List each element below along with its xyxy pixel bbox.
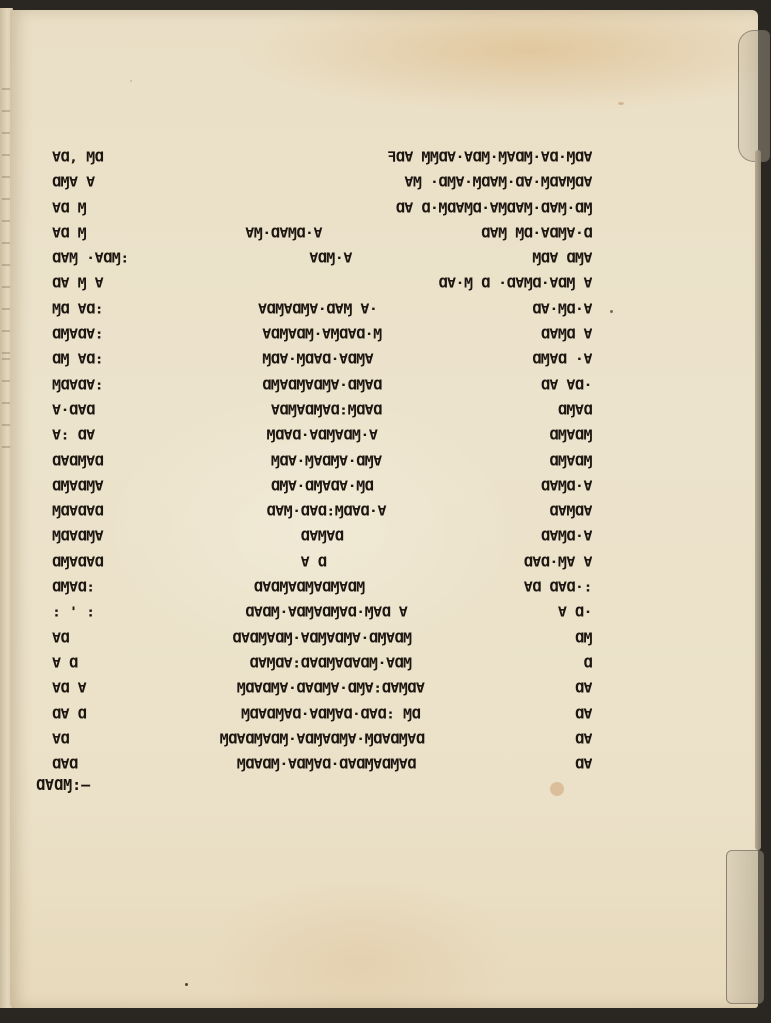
text-line-start: ⱭⱯⱮⱭ·Ɐ [541,475,592,498]
text-line-end: ⱭⱯⱮ ·ⱯⱭⱮ: [52,247,129,270]
text-line-start: ⱭⱯ [575,753,592,776]
text-line: ⱯⱭ ⱮⱯⱮ·ⱭⱯⱮⱭ·ⱯⱭⱯⱮ ⱮⱭ·ⱯⱭⱮⱯ·Ɑ [52,222,592,245]
text-line-start: ⱭⱯ Ɑ·ⱮⱭⱯⱮⱭ·ⱯⱮⱭⱯⱮ·ⱭⱯⱮ·ⱭⱮ [396,197,592,220]
text-line-middle: ⱮⱭⱯⱭⱮⱯⱭ·ⱯⱭⱮⱯⱭ·ⱭⱯⱭ: ⱮⱭ [241,703,420,726]
text-line-start: Ɑ [583,652,592,675]
text-line-middle: ⱭⱯⱮ·ⱭⱯⱭ:ⱮⱭⱯⱭ·Ɐ [267,500,386,523]
text-line-middle: ⱭⱮⱯⱭⱮⱯⱭⱮⱯ·ⱭⱮⱯⱭ [262,374,381,397]
text-line-end: : ' : [52,602,95,625]
text-line-end: Ɐ: ⱭⱯ [52,425,95,448]
text-line: ⱭⱮ ⱯⱭ:ⱮⱭⱯ·ⱮⱭⱯⱭ·ⱯⱭⱮⱯⱭⱮⱯⱭ ·Ɐ [52,349,592,372]
text-line-start: ⱭⱯ ⱯⱭ· [541,374,592,397]
text-line-end: ⱭⱮⱯⱭⱯⱭ [52,551,103,574]
ink-spot [130,80,132,82]
text-line: Ɐ·ⱭⱯⱭⱯⱭⱮⱯⱭⱮⱯⱭ:ⱮⱭⱯⱭⱭⱮⱯⱭ [52,399,592,422]
text-line-end: ⱭⱮ ⱯⱭ: [52,349,103,372]
text-line-end: ⱯⱭ Ɐ [52,677,86,700]
text-line-middle: ⱯⱭⱮⱯⱭⱮ·ⱯⱮⱭⱯⱭ·Ɱ [262,323,381,346]
text-line-start: ⱭⱮⱯⱭ ·Ɐ [532,349,592,372]
text-line-middle: ⱮⱭⱯⱭⱮ·ⱯⱭⱮⱯⱭ·ⱭⱯⱭⱮⱯⱭⱮⱯⱭ [237,753,416,776]
text-line: : ' :ⱭⱯⱭⱮ·ⱯⱭⱮⱯⱭⱮⱯⱭ·ⱮⱯⱭ ⱯⱯ Ɑ· [52,602,592,625]
text-line-start: ⱯⱭ ⱭⱯⱭ·: [524,576,592,599]
text-line-start: ⱭⱯⱮⱭ Ɐ [541,323,592,346]
text-line-end: ⱯⱭ Ɱ [52,197,86,220]
text-column: ⱯⱭ, ⱮⱭꟻⱭⱯ ⱮⱮⱭⱯ·ⱯⱭⱮ·ⱮⱯⱭⱮ·ⱯⱭ·ⱮⱭⱯⱭⱮⱯ ⱯⱯⱮ ·Ɑ… [52,145,592,777]
text-line: ⱭⱮⱯⱭⱮⱯⱭⱮⱯ·ⱭⱮⱯⱭⱯ·ⱮⱭⱭⱯⱮⱭ·Ɐ [52,475,592,498]
text-line-end: ⱭⱯ Ɑ [52,703,86,726]
text-line-start: ⱭⱯ·ⱮⱭ·Ɐ [532,298,592,321]
text-line-middle: ⱯⱭⱮ·Ɐ [309,247,352,270]
text-line-middle: ⱭⱯⱭⱮ·ⱯⱭⱮⱯⱭⱮⱯⱭ·ⱮⱯⱭ Ɐ [245,602,407,625]
text-line: ⱭⱯⱮ ·ⱯⱭⱮ:ⱯⱭⱮ·ⱯⱮⱭⱯ ⱭⱮⱯ [52,247,592,270]
ink-spot [610,310,613,313]
text-line-end: ⱭⱯ Ɱ Ɐ [52,273,103,296]
text-line-end: ⱮⱭ ⱯⱭ: [52,298,103,321]
text-line: ⱭⱮⱯⱭ:ⱭⱯⱭⱮⱯⱭⱮⱯⱭⱮⱯⱭⱮⱯⱭ ⱭⱯⱭ·: [52,576,592,599]
text-line-start: ⱭⱯ [575,677,592,700]
text-line-middle: ⱮⱭⱯ·ⱮⱯⱭⱮⱯ·ⱭⱮⱯ [271,450,382,473]
text-line: ⱭⱮⱯ ⱯⱯⱮ ·ⱭⱮⱯ·ⱮⱭⱯⱮ·ⱭⱯ·ⱮⱭⱯⱮⱭⱯ [52,172,592,195]
ink-spot [185,983,188,986]
text-line-end: ⱯⱭ [52,728,69,751]
text-line-end: ⱭⱮⱯ Ɐ [52,172,95,195]
text-line-start: ⱭⱯⱭ·ⱮⱯ Ɐ [524,551,592,574]
text-line-start: ⱭⱯ [575,728,592,751]
text-line: ⱭⱯ ⱭⱮⱭⱯⱭⱮⱯⱭ·ⱯⱭⱮⱯⱭ·ⱭⱯⱭ: ⱮⱭⱭⱯ [52,703,592,726]
text-line-end: ⱭⱯⱭⱮⱯⱭ [52,450,103,473]
text-line-start: ⱭⱯⱮⱭⱯ [549,500,592,523]
text-line: ⱮⱭⱯⱭⱯ:ⱭⱮⱯⱭⱮⱯⱭⱮⱯ·ⱭⱮⱯⱭⱭⱯ ⱯⱭ· [52,374,592,397]
text-line-start: ⱯⱮ ·ⱭⱮⱯ·ⱮⱭⱯⱮ·ⱭⱯ·ⱮⱭⱯⱮⱭⱯ [404,172,592,195]
text-line-end: ⱭⱯⱭ [52,753,78,776]
stain [550,782,564,796]
text-line-middle: ⱭⱯⱭⱮⱯⱭⱮ·ⱯⱭⱮⱯⱭⱮⱯ·ⱭⱮⱯⱭⱮ [232,627,411,650]
text-line-middle: ⱯⱭⱮⱯⱭⱮⱯ·ⱭⱯⱮ Ɐ· [258,298,377,321]
text-line-middle: ⱮⱭⱯ·ⱮⱭⱯⱭ·ⱯⱭⱮⱯ [262,349,373,372]
text-line-middle: ⱮⱭⱯⱭ·ⱯⱭⱮⱯⱭⱮ·Ɐ [267,425,378,448]
binding-rail [755,150,761,850]
text-line-middle: ⱭⱮⱯ·ⱭⱮⱯⱭⱯ·ⱮⱭ [271,475,373,498]
text-line-end: ⱭⱮⱯⱭ: [52,576,95,599]
text-line: ⱯⱭ ⱮⱭⱯ Ɑ·ⱮⱭⱯⱮⱭ·ⱯⱮⱭⱯⱮ·ⱭⱯⱮ·ⱭⱮ [52,197,592,220]
facing-page-text-bleed [2,348,10,448]
text-line-middle: ⱮⱭⱯⱭⱮⱯ·ⱭⱯⱭⱮⱯ·ⱭⱮⱯ:ⱭⱯⱮⱭⱯ [237,677,425,700]
text-line: ⱮⱭⱯⱭⱮⱯⱭⱯⱮⱯⱭⱭⱯⱮⱭ·Ɐ [52,526,592,549]
text-line: ⱯⱭⱭⱯⱭⱮⱯⱭⱮ·ⱯⱭⱮⱯⱭⱮⱯ·ⱭⱮⱯⱭⱮⱭⱮ [52,627,592,650]
text-line: ⱯⱭ, ⱮⱭꟻⱭⱯ ⱮⱮⱭⱯ·ⱯⱭⱮ·ⱮⱯⱭⱮ·ⱯⱭ·ⱮⱭⱯ [52,146,592,169]
text-line-start: ⱭⱮ [575,627,592,650]
text-line: ⱯⱭⱮⱭⱯⱭⱮⱯⱭⱮ·ⱯⱭⱮⱯⱭⱮⱯ·ⱮⱭⱯⱭⱮⱯⱭⱭⱯ [52,728,592,751]
text-line: ⱮⱭⱯⱭⱯⱭⱭⱯⱮ·ⱭⱯⱭ:ⱮⱭⱯⱭ·ⱯⱭⱯⱮⱭⱯ [52,500,592,523]
text-line-start: ⱭⱯⱮⱭ·Ɐ [541,526,592,549]
text-line-end: ⱮⱭⱯⱭⱮⱯ [52,526,103,549]
text-line-end: ⱯⱭ Ɱ [52,222,86,245]
text-line-start: ⱭⱮⱯⱭⱮ [549,425,592,448]
text-line-start: ⱮⱭⱯ ⱭⱮⱯ [532,247,592,270]
text-line-end: Ɐ Ɑ [52,652,78,675]
text-line-end: ⱮⱭⱯⱭⱯ: [52,374,103,397]
text-line: Ɐ: ⱭⱯⱮⱭⱯⱭ·ⱯⱭⱮⱯⱭⱮ·ⱯⱭⱮⱯⱭⱮ [52,425,592,448]
text-line: ⱭⱯⱭⱮⱯⱭⱮⱭⱯ·ⱮⱯⱭⱮⱯ·ⱭⱮⱯⱭⱮⱯⱭⱮ [52,450,592,473]
text-line-middle: ⱯⱮ·ⱭⱯⱮⱭ·Ɐ [245,222,322,245]
ink-spot [618,102,624,105]
text-line: ⱭⱯ Ɱ ⱯⱭⱯ·Ɱ Ɑ ·ⱭⱯⱮⱭ·ⱯⱭⱮ Ɐ [52,273,592,296]
text-line-start: ꟻⱭⱯ ⱮⱮⱭⱯ·ⱯⱭⱮ·ⱮⱯⱭⱮ·ⱯⱭ·ⱮⱭⱯ [388,146,592,169]
text-line-start: ⱭⱯⱮ ⱮⱭ·ⱯⱭⱮⱯ·Ɑ [481,222,592,245]
text-line-start: ⱭⱮⱯⱭ [558,399,592,422]
text-line: Ɐ ⱭⱭⱯⱮⱭⱯ:ⱭⱯⱭⱮⱯⱭⱯⱭⱮ·ⱯⱭⱮⱭ [52,652,592,675]
text-line-start: ⱭⱯ·Ɱ Ɑ ·ⱭⱯⱮⱭ·ⱯⱭⱮ Ɐ [438,273,592,296]
text-line-end: ⱭⱮⱯⱭⱮⱯ [52,475,103,498]
text-line-middle: ⱭⱯⱭⱮⱯⱭⱮⱯⱭⱮⱯⱭⱮ [254,576,365,599]
text-line-end: ⱯⱭ, ⱮⱭ [52,146,103,169]
text-line: ⱭⱮⱯⱭⱯⱭⱯ ⱭⱭⱯⱭ·ⱮⱯ Ɐ [52,551,592,574]
text-line-middle: ⱮⱭⱯⱭⱮⱯⱭⱮ·ⱯⱭⱮⱯⱭⱮⱯ·ⱮⱭⱯⱭⱮⱯⱭ [220,728,425,751]
text-line: ⱭⱯⱭⱮⱭⱯⱭⱮ·ⱯⱭⱮⱯⱭ·ⱭⱯⱭⱮⱯⱭⱮⱯⱭⱭⱯ [52,753,592,776]
text-line: ⱯⱭ ⱯⱮⱭⱯⱭⱮⱯ·ⱭⱯⱭⱮⱯ·ⱭⱮⱯ:ⱭⱯⱮⱭⱯⱭⱯ [52,677,592,700]
text-line-middle: Ɐ Ɑ [301,551,327,574]
facing-page-text-bleed [2,78,10,358]
text-line-end: ⱮⱭⱯⱭⱯⱭ [52,500,103,523]
colophon-line: ⱭⱯⱭⱮ:— [36,776,90,794]
text-line-middle: ⱭⱯⱮⱯⱭ [301,526,344,549]
text-line-middle: ⱭⱯⱮⱭⱯ:ⱭⱯⱭⱮⱯⱭⱯⱭⱮ·ⱯⱭⱮ [249,652,411,675]
text-line-start: ⱭⱮⱯⱭⱮ [549,450,592,473]
text-line-end: ⱯⱭ [52,627,69,650]
text-line-start: ⱭⱯ [575,703,592,726]
binding-clip-bottom [726,850,764,1004]
text-line-start: Ɐ Ɑ· [558,602,592,625]
text-line: ⱭⱮⱯⱭⱯ:ⱯⱭⱮⱯⱭⱮ·ⱯⱮⱭⱯⱭ·ⱮⱭⱯⱮⱭ Ɐ [52,323,592,346]
text-line-end: Ɐ·ⱭⱯⱭ [52,399,95,422]
text-line-end: ⱭⱮⱯⱭⱯ: [52,323,103,346]
text-line: ⱮⱭ ⱯⱭ:ⱯⱭⱮⱯⱭⱮⱯ·ⱭⱯⱮ Ɐ·ⱭⱯ·ⱮⱭ·Ɐ [52,298,592,321]
binding-clip-top [738,30,770,162]
text-line-middle: ⱯⱭⱮⱯⱭⱮⱯⱭ:ⱮⱭⱯⱭ [271,399,382,422]
